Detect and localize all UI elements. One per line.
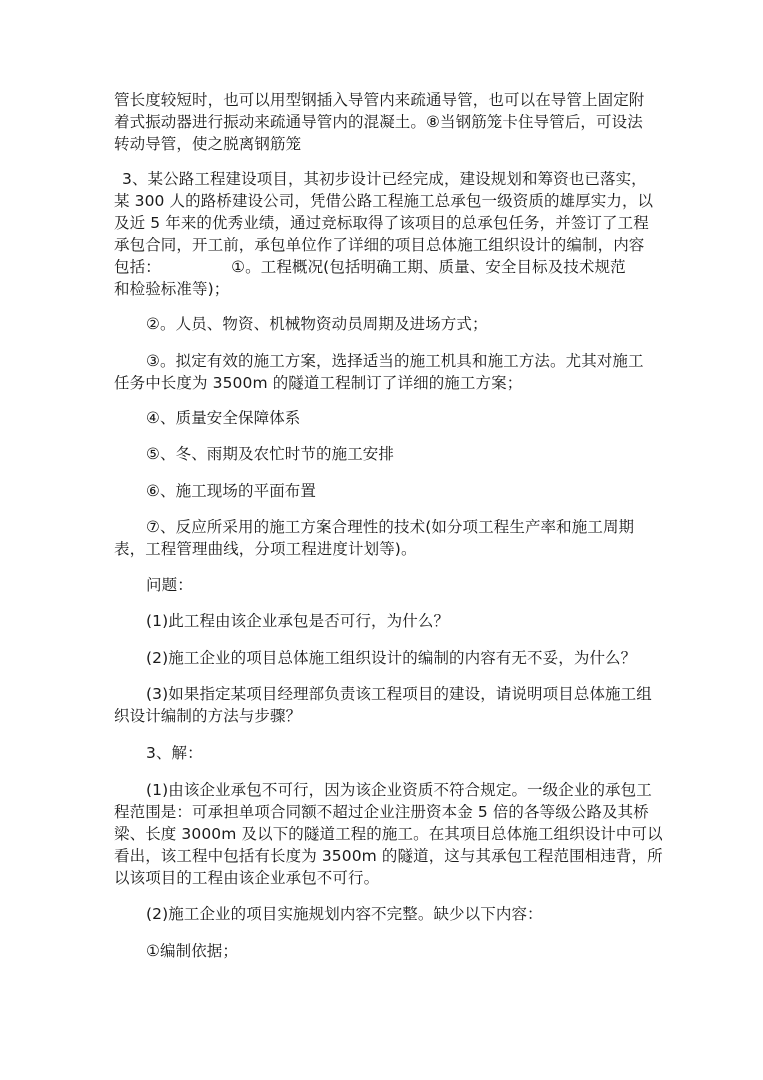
answer-2: (2)施工企业的项目实施规划内容不完整。缺少以下内容： — [146, 903, 543, 925]
list-item-7: ⑦、反应所采用的施工方案合理性的技术(如分项工程生产率和施工周期 — [146, 516, 634, 538]
list-item-2: ②。人员、物资、机械物资动员周期及进场方式； — [146, 313, 488, 335]
text-line: 某 300 人的路桥建设公司，凭借公路工程施工总承包一级资质的雄厚实力，以 — [114, 190, 653, 212]
question-3-intro: 3、某公路工程建设项目，其初步设计已经完成，建设规划和筹资也已落实， — [122, 168, 647, 190]
text-line: 表，工程管理曲线，分项工程进度计划等)。 — [114, 538, 417, 560]
text-line: 着式振动器进行振动来疏通导管内的混凝土。⑧当钢筋笼卡住导管后，可设法 — [114, 111, 643, 133]
text-line: 承包合同，开工前，承包单位作了详细的项目总体施工组织设计的编制，内容 — [114, 234, 644, 256]
text-line: 看出，该工程中包括有长度为 3500m 的隧道，这与其承包工程范围相违背，所 — [114, 845, 663, 867]
question-2: (2)施工企业的项目总体施工组织设计的编制的内容有无不妥，为什么？ — [146, 647, 636, 669]
text-line: 织设计编制的方法与步骤？ — [114, 705, 301, 727]
text-line: 转动导管，使之脱离钢筋笼 — [114, 133, 301, 155]
questions-heading: 问题： — [146, 574, 193, 596]
answer-1: (1)由该企业承包不可行，因为该企业资质不符合规定。一级企业的承包工 — [146, 779, 652, 801]
text-line: 和检验标准等)； — [114, 278, 229, 300]
document-page: 管长度较短时，也可以用型钢插入导管内来疏通导管，也可以在导管上固定附 着式振动器… — [0, 0, 763, 1080]
list-item-6: ⑥、施工现场的平面布置 — [146, 480, 316, 502]
text-line: 及近 5 年来的优秀业绩，通过竞标取得了该项目的总承包任务，并签订了工程 — [114, 212, 649, 234]
question-1: (1)此工程由该企业承包是否可行，为什么？ — [146, 610, 449, 632]
text-line: 管长度较短时，也可以用型钢插入导管内来疏通导管，也可以在导管上固定附 — [114, 89, 644, 111]
list-item-5: ⑤、冬、雨期及农忙时节的施工安排 — [146, 443, 394, 465]
list-item-4: ④、质量安全保障体系 — [146, 407, 300, 429]
text-line: 包括： ①。工程概况(包括明确工期、质量、安全目标及技术规范 — [114, 256, 626, 278]
question-3: (3)如果指定某项目经理部负责该工程项目的建设，请说明项目总体施工组 — [146, 683, 652, 705]
answer-2-item-1: ①编制依据； — [146, 940, 238, 962]
text-line: 任务中长度为 3500m 的隧道工程制订了详细的施工方案； — [114, 372, 522, 394]
answer-heading: 3、解： — [146, 742, 203, 764]
text-line: 以该项目的工程由该企业承包不可行。 — [114, 867, 379, 889]
list-item-3: ③。拟定有效的施工方案，选择适当的施工机具和施工方法。尤其对施工 — [146, 350, 644, 372]
text-line: 梁、长度 3000m 及以下的隧道工程的施工。在其项目总体施工组织设计中可以 — [114, 823, 663, 845]
text-line: 程范围是：可承担单项合同额不超过企业注册资本金 5 倍的各等级公路及其桥 — [114, 801, 649, 823]
